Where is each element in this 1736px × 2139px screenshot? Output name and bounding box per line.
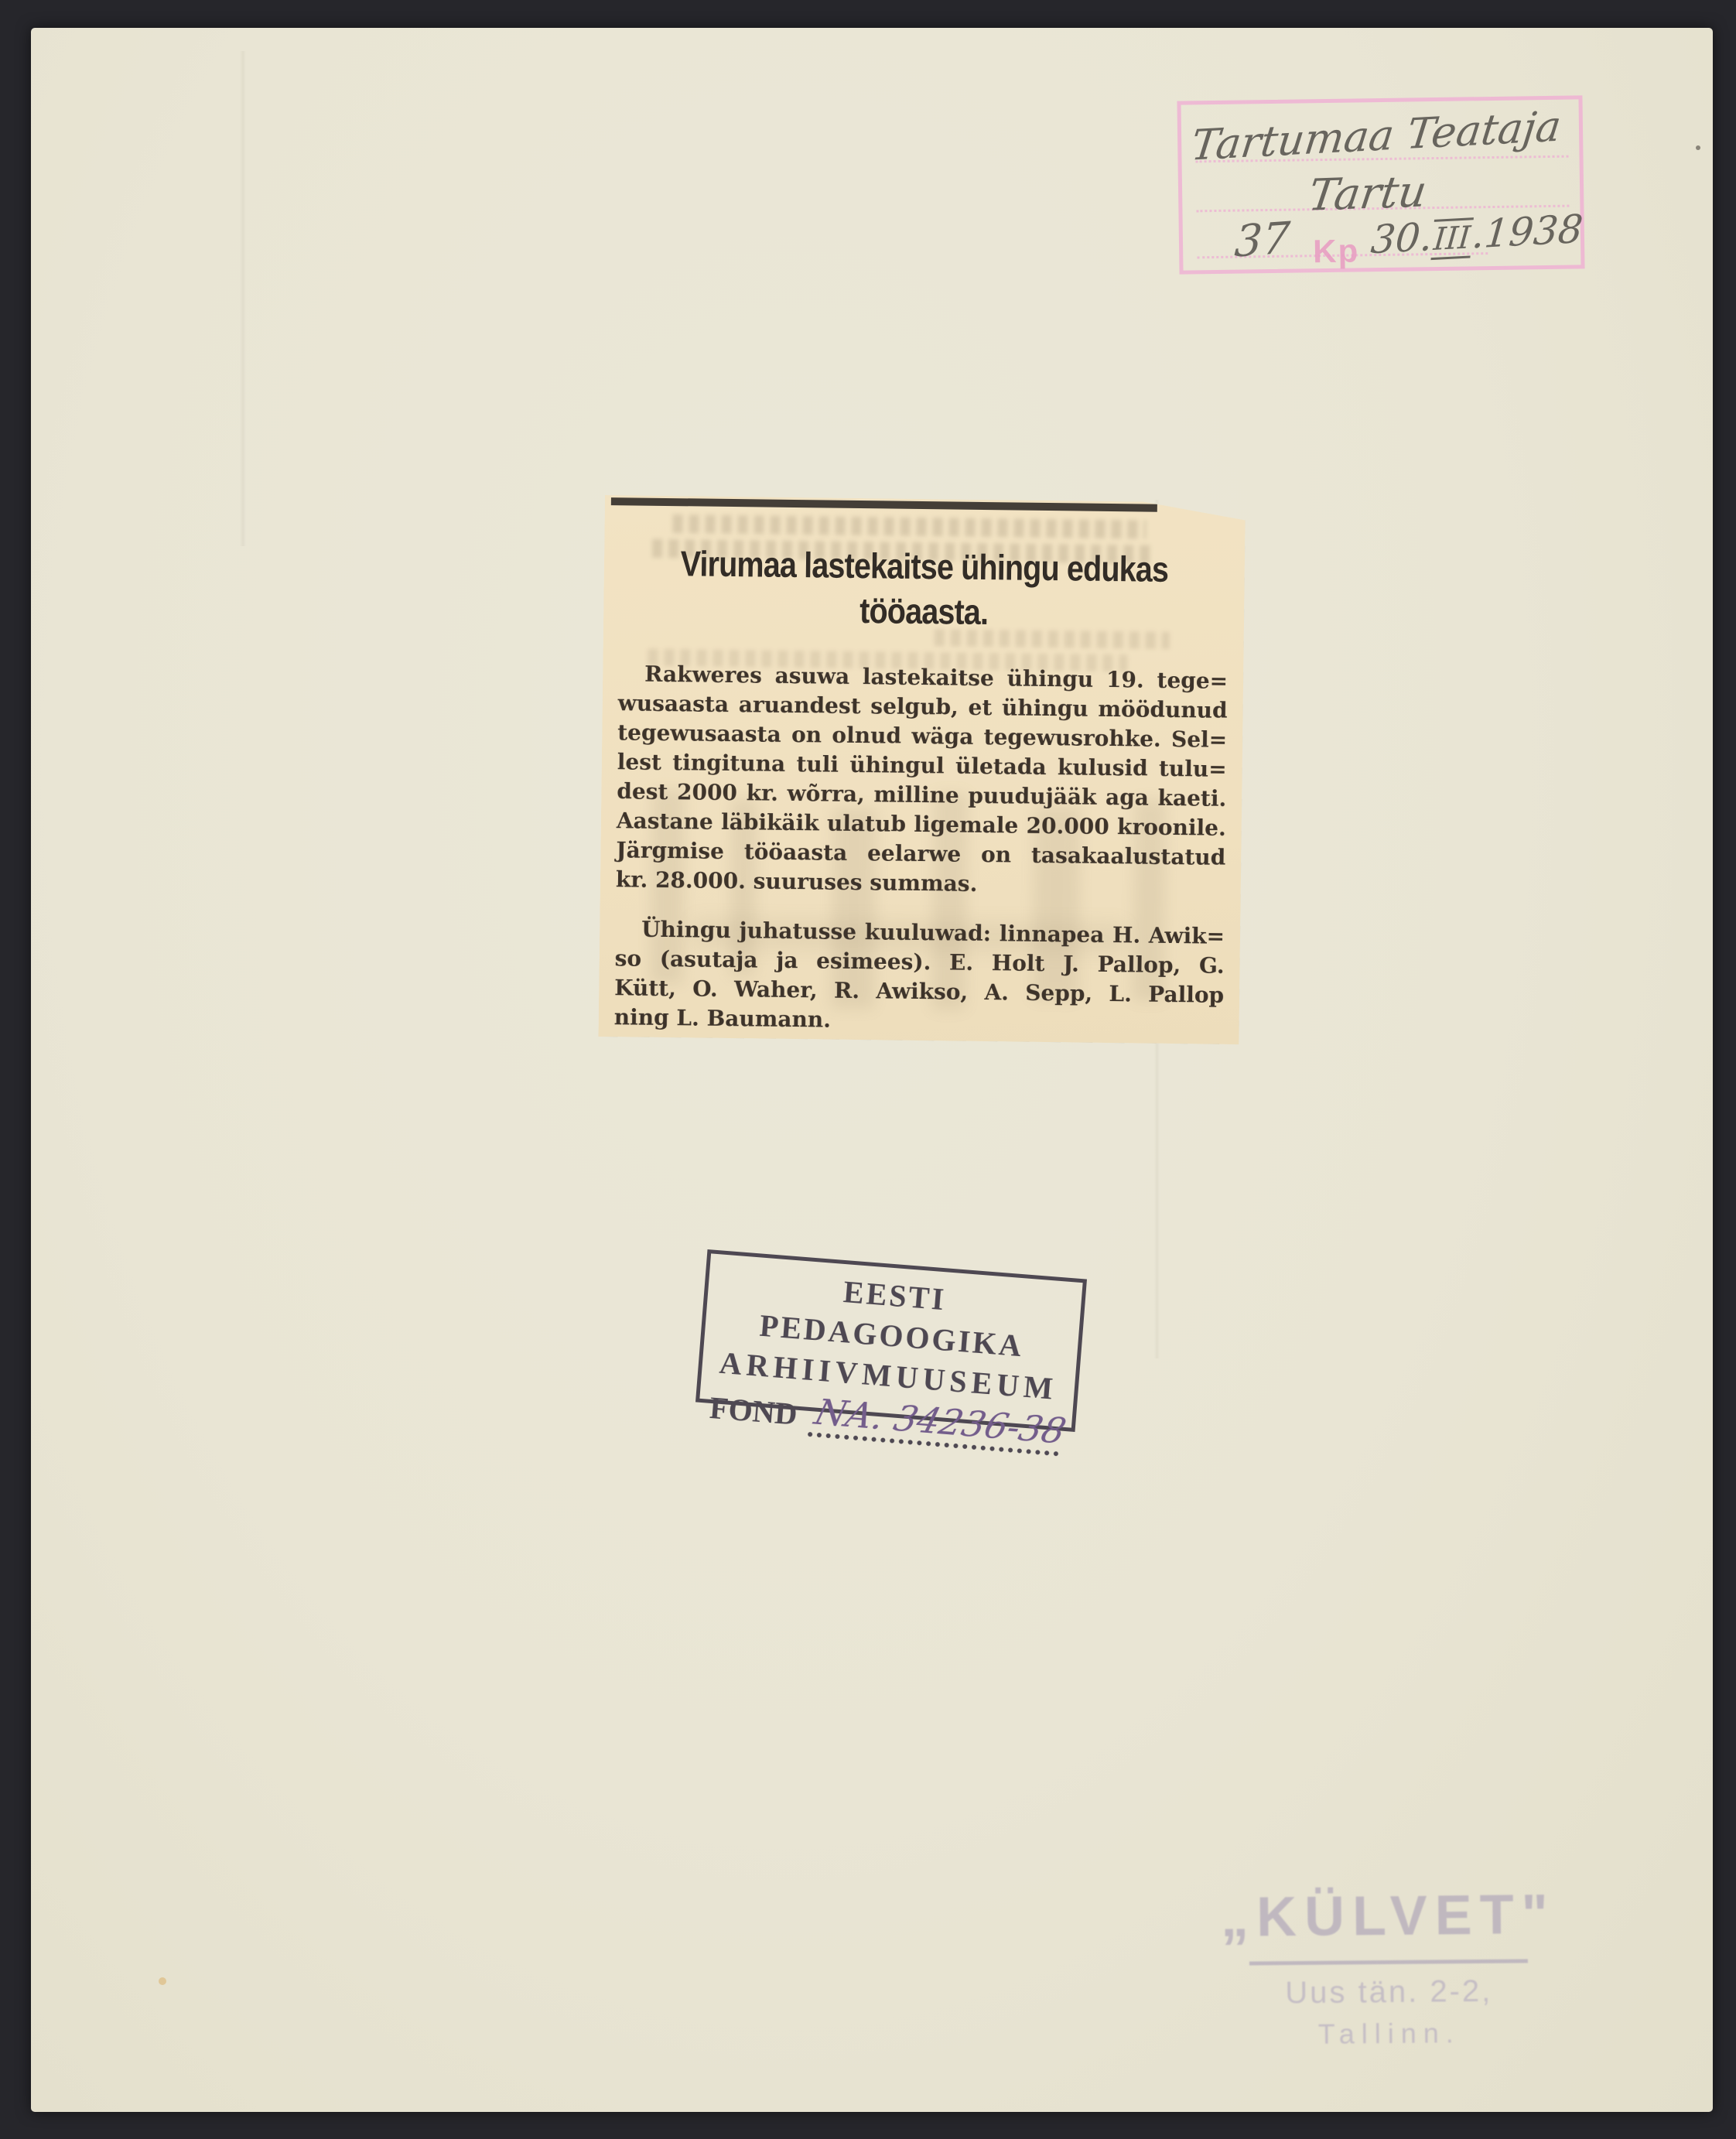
kulvet-stamp: „KÜLVET" Uus tän. 2-2, Tallinn. <box>1194 1883 1583 2052</box>
paper-speck <box>159 1977 166 1985</box>
handwritten-issue-number: 37 <box>1233 213 1292 267</box>
bleedthrough-text <box>672 514 1146 538</box>
headline-line2: tööaasta. <box>648 586 1200 637</box>
fond-label: FOND <box>708 1387 798 1436</box>
scanned-document: Kp Tartumaa Teataja Tartu 37 30.III.1938… <box>0 0 1736 2139</box>
date-year: .1938 <box>1470 207 1584 258</box>
newspaper-clipping: Virumaa lastekaitse ühingu edukas tööaas… <box>598 495 1245 1044</box>
kulvet-address: Uus tän. 2-2, <box>1195 1973 1582 2011</box>
headline-line1: Virumaa lastekaitse ühingu edukas <box>649 541 1201 593</box>
article-headline: Virumaa lastekaitse ühingu edukas tööaas… <box>648 541 1200 637</box>
date-month-roman: III <box>1430 217 1474 260</box>
kp-stamp-label: Kp <box>1313 232 1360 270</box>
date-day: 30. <box>1369 214 1435 263</box>
paper-sheet: Kp Tartumaa Teataja Tartu 37 30.III.1938… <box>31 28 1713 2112</box>
kulvet-divider <box>1249 1959 1528 1965</box>
kulvet-city: Tallinn. <box>1196 2016 1583 2052</box>
paper-speck <box>1696 145 1700 150</box>
archive-museum-stamp: EESTI PEDAGOOGIKA ARHIIVMUUSEUM FOND NA.… <box>695 1249 1087 1432</box>
column-rule <box>611 497 1157 512</box>
paper-crease <box>240 51 246 546</box>
article-body: Rakweres asuwa lastekaitse ühingu 19. te… <box>614 659 1229 1040</box>
handwritten-place: Tartu <box>1305 166 1430 221</box>
kulvet-name: „KÜLVET" <box>1194 1883 1582 1949</box>
